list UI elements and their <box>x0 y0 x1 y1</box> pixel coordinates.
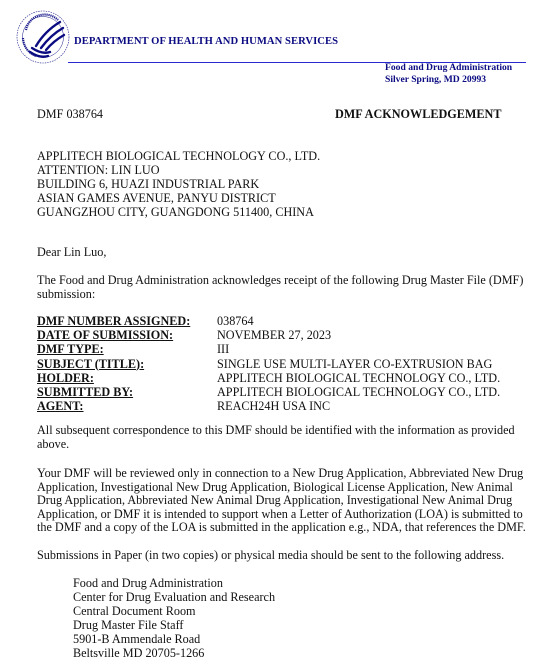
agency-location: Silver Spring, MD 20993 <box>385 74 512 86</box>
address-line: ASIAN GAMES AVENUE, PANYU DISTRICT <box>37 191 320 205</box>
mailing-address: Food and Drug Administration Center for … <box>73 576 275 660</box>
address-line: Beltsville MD 20705-1266 <box>73 646 275 660</box>
agency-name: Food and Drug Administration <box>385 62 512 74</box>
field-row-agent: AGENT: REACH24H USA INC <box>37 399 500 413</box>
field-value: NOVEMBER 27, 2023 <box>217 328 331 342</box>
field-label: DMF TYPE: <box>37 342 217 356</box>
field-value: III <box>217 342 229 356</box>
intro-paragraph: The Food and Drug Administration acknowl… <box>37 274 537 301</box>
review-paragraph: Your DMF will be reviewed only in connec… <box>37 467 537 535</box>
field-label: HOLDER: <box>37 371 217 385</box>
address-line: Food and Drug Administration <box>73 576 275 590</box>
field-value: APPLITECH BIOLOGICAL TECHNOLOGY CO., LTD… <box>217 371 500 385</box>
field-row-type: DMF TYPE: III <box>37 342 500 356</box>
submission-paragraph: Submissions in Paper (in two copies) or … <box>37 549 537 563</box>
field-label: SUBMITTED BY: <box>37 385 217 399</box>
field-label: DATE OF SUBMISSION: <box>37 328 217 342</box>
department-name: DEPARTMENT OF HEALTH AND HUMAN SERVICES <box>74 35 338 49</box>
correspondence-paragraph: All subsequent correspondence to this DM… <box>37 424 537 451</box>
field-row-dmf-number: DMF NUMBER ASSIGNED: 038764 <box>37 314 500 328</box>
field-value: REACH24H USA INC <box>217 399 330 413</box>
field-row-date: DATE OF SUBMISSION: NOVEMBER 27, 2023 <box>37 328 500 342</box>
field-label: SUBJECT (TITLE): <box>37 357 217 371</box>
dmf-reference-number: DMF 038764 <box>37 107 103 121</box>
field-value: 038764 <box>217 314 254 328</box>
address-line: Drug Master File Staff <box>73 618 275 632</box>
field-row-submitted-by: SUBMITTED BY: APPLITECH BIOLOGICAL TECHN… <box>37 385 500 399</box>
submission-details: DMF NUMBER ASSIGNED: 038764 DATE OF SUBM… <box>37 314 500 413</box>
letter-title: DMF ACKNOWLEDGEMENT <box>335 107 501 121</box>
salutation: Dear Lin Luo, <box>37 245 106 259</box>
agency-address-block: Food and Drug Administration Silver Spri… <box>385 62 512 85</box>
field-label: AGENT: <box>37 399 217 413</box>
address-line: Central Document Room <box>73 604 275 618</box>
hhs-eagle-seal-icon <box>14 8 72 66</box>
address-line: 5901-B Ammendale Road <box>73 632 275 646</box>
address-line: Center for Drug Evaluation and Research <box>73 590 275 604</box>
address-line: GUANGZHOU CITY, GUANGDONG 511400, CHINA <box>37 205 320 219</box>
recipient-address: APPLITECH BIOLOGICAL TECHNOLOGY CO., LTD… <box>37 149 320 219</box>
address-line: BUILDING 6, HUAZI INDUSTRIAL PARK <box>37 177 320 191</box>
field-label: DMF NUMBER ASSIGNED: <box>37 314 217 328</box>
address-line: ATTENTION: LIN LUO <box>37 163 320 177</box>
field-value: SINGLE USE MULTI-LAYER CO-EXTRUSION BAG <box>217 357 492 371</box>
field-row-subject: SUBJECT (TITLE): SINGLE USE MULTI-LAYER … <box>37 357 500 371</box>
field-row-holder: HOLDER: APPLITECH BIOLOGICAL TECHNOLOGY … <box>37 371 500 385</box>
field-value: APPLITECH BIOLOGICAL TECHNOLOGY CO., LTD… <box>217 385 500 399</box>
address-line: APPLITECH BIOLOGICAL TECHNOLOGY CO., LTD… <box>37 149 320 163</box>
